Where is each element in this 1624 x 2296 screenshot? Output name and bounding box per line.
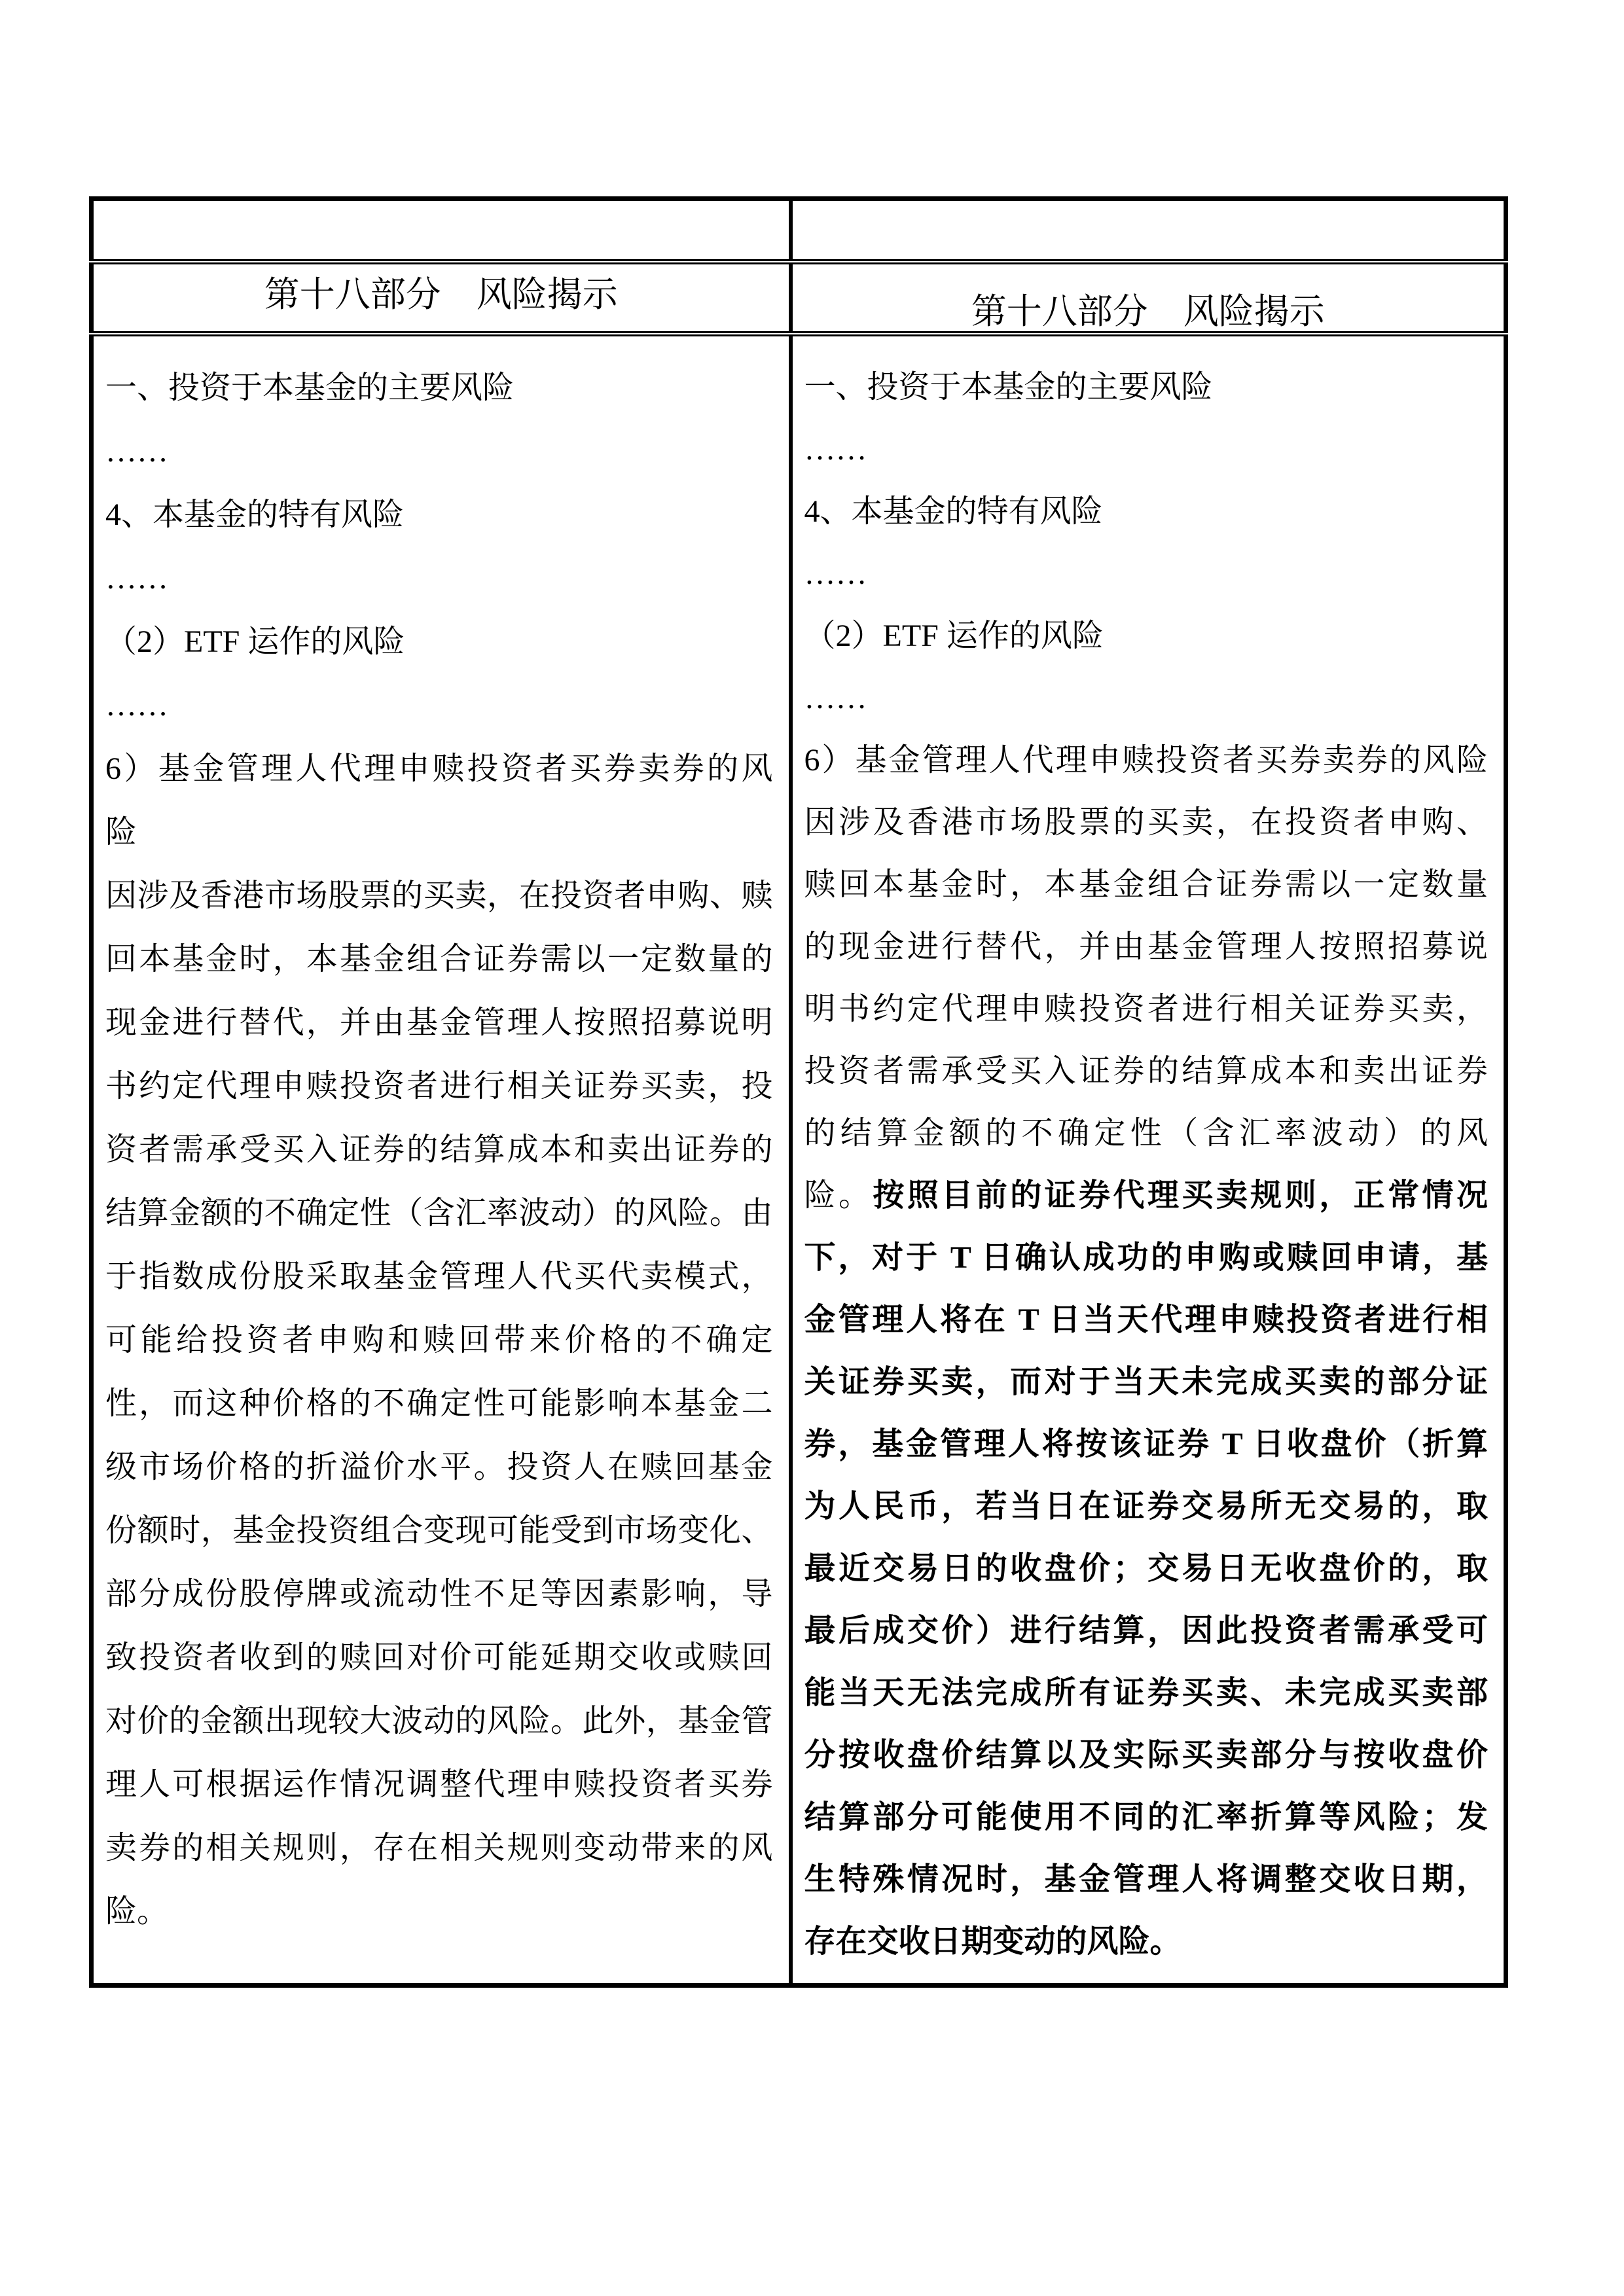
- text-line: ……: [804, 418, 1489, 480]
- text-line: 现金进行替代，并由基金管理人按照招募说明: [105, 991, 773, 1054]
- text-line: 4、本基金的特有风险: [804, 480, 1489, 543]
- text-line: 因涉及香港市场股票的买卖，在投资者申购、: [804, 791, 1489, 853]
- text-line: ……: [804, 667, 1489, 729]
- text-line: 最近交易日的收盘价；交易日无收盘价的，取: [804, 1537, 1489, 1600]
- section-title-right: 第十八部分 风险揭示: [791, 262, 1506, 334]
- comparison-table: 第十八部分 风险揭示 第十八部分 风险揭示 一、投资于本基金的主要风险……4、本…: [89, 196, 1508, 1988]
- text-line: 性，而这种价格的不确定性可能影响本基金二: [105, 1372, 773, 1435]
- left-paragraph-last-line: 险。: [105, 1880, 773, 1943]
- empty-cell-left: [92, 199, 791, 262]
- left-intro-lines: 一、投资于本基金的主要风险……4、本基金的特有风险……（2）ETF 运作的风险……: [105, 356, 773, 737]
- text-line: ……: [804, 543, 1489, 605]
- text-line: 6）基金管理人代理申赎投资者买券卖券的风险: [804, 729, 1489, 791]
- empty-row: [92, 199, 1506, 262]
- text-line: 下，对于 T 日确认成功的申购或赎回申请，基: [804, 1227, 1489, 1289]
- text-line: 结算部分可能使用不同的汇率折算等风险；发: [804, 1786, 1489, 1848]
- text-line: 一、投资于本基金的主要风险: [804, 356, 1489, 418]
- right-paragraph-last-line: 存在交收日期变动的风险。: [804, 1910, 1489, 1973]
- text-line: 为人民币，若当日在证券交易所无交易的，取: [804, 1475, 1489, 1537]
- text-line: ……: [105, 420, 773, 483]
- text-line: 金管理人将在 T 日当天代理申赎投资者进行相: [804, 1289, 1489, 1351]
- left-column-body-cell: 一、投资于本基金的主要风险……4、本基金的特有风险……（2）ETF 运作的风险……: [92, 334, 791, 1986]
- empty-cell-right: [791, 199, 1506, 262]
- section-title-row: 第十八部分 风险揭示 第十八部分 风险揭示: [92, 262, 1506, 334]
- content-row: 一、投资于本基金的主要风险……4、本基金的特有风险……（2）ETF 运作的风险……: [92, 334, 1506, 1986]
- text-line: 赎回本基金时，本基金组合证券需以一定数量: [804, 853, 1489, 916]
- text-line: ……: [105, 673, 773, 737]
- right-intro-lines: 一、投资于本基金的主要风险……4、本基金的特有风险……（2）ETF 运作的风险……: [804, 356, 1489, 729]
- right-column-body-cell: 一、投资于本基金的主要风险……4、本基金的特有风险……（2）ETF 运作的风险……: [791, 334, 1506, 1986]
- transition-bold-text: 按照目前的证券代理买卖规则，正常情况: [873, 1178, 1488, 1213]
- text-line: 理人可根据运作情况调整代理申赎投资者买券: [105, 1753, 773, 1816]
- text-line: 份额时，基金投资组合变现可能受到市场变化、: [105, 1499, 773, 1562]
- text-line: 致投资者收到的赎回对价可能延期交收或赎回: [105, 1626, 773, 1689]
- text-line: 回本基金时，本基金组合证券需以一定数量的: [105, 927, 773, 991]
- transition-regular-text: 险。: [804, 1178, 873, 1213]
- text-line: （2）ETF 运作的风险: [804, 605, 1489, 667]
- text-line: 明书约定代理申赎投资者进行相关证券买卖，: [804, 978, 1489, 1040]
- text-line: 险: [105, 800, 773, 864]
- text-line: 因涉及香港市场股票的买卖，在投资者申购、赎: [105, 864, 773, 927]
- text-line: 投资者需承受买入证券的结算成本和卖出证券: [804, 1040, 1489, 1102]
- text-line: 一、投资于本基金的主要风险: [105, 356, 773, 420]
- text-line: ……: [105, 547, 773, 610]
- text-line: 的结算金额的不确定性（含汇率波动）的风: [804, 1102, 1489, 1164]
- text-line: 级市场价格的折溢价水平。投资人在赎回基金: [105, 1435, 773, 1499]
- text-line: 关证券买卖，而对于当天未完成买卖的部分证: [804, 1351, 1489, 1413]
- scanned-document-page: 第十八部分 风险揭示 第十八部分 风险揭示 一、投资于本基金的主要风险……4、本…: [0, 0, 1624, 2296]
- text-line: 券，基金管理人将按该证券 T 日收盘价（折算: [804, 1413, 1489, 1475]
- text-line: 结算金额的不确定性（含汇率波动）的风险。由: [105, 1181, 773, 1245]
- text-line: 能当天无法完成所有证券买卖、未完成买卖部: [804, 1662, 1489, 1724]
- text-line: 部分成份股停牌或流动性不足等因素影响，导: [105, 1562, 773, 1626]
- text-line: 的现金进行替代，并由基金管理人按照招募说: [804, 916, 1489, 978]
- text-line: 卖券的相关规则，存在相关规则变动带来的风: [105, 1816, 773, 1880]
- text-line: 对价的金额出现较大波动的风险。此外，基金管: [105, 1689, 773, 1753]
- text-line: 最后成交价）进行结算，因此投资者需承受可: [804, 1600, 1489, 1662]
- text-line: 资者需承受买入证券的结算成本和卖出证券的: [105, 1118, 773, 1181]
- text-line: 书约定代理申赎投资者进行相关证券买卖，投: [105, 1054, 773, 1118]
- right-paragraph-bold-lines: 下，对于 T 日确认成功的申购或赎回申请，基金管理人将在 T 日当天代理申赎投资…: [804, 1227, 1489, 1910]
- right-transition-line: 险。按照目前的证券代理买卖规则，正常情况: [804, 1164, 1489, 1227]
- text-line: 分按收盘价结算以及实际买卖部分与按收盘价: [804, 1724, 1489, 1786]
- text-line: 生特殊情况时，基金管理人将调整交收日期，: [804, 1848, 1489, 1910]
- text-line: 可能给投资者申购和赎回带来价格的不确定: [105, 1308, 773, 1372]
- text-line: 4、本基金的特有风险: [105, 483, 773, 547]
- text-line: （2）ETF 运作的风险: [105, 610, 773, 673]
- text-line: 6）基金管理人代理申赎投资者买券卖券的风: [105, 737, 773, 800]
- section-title-left: 第十八部分 风险揭示: [92, 262, 791, 334]
- text-line: 于指数成份股采取基金管理人代买代卖模式，: [105, 1245, 773, 1308]
- left-paragraph-lines: 6）基金管理人代理申赎投资者买券卖券的风险因涉及香港市场股票的买卖，在投资者申购…: [105, 737, 773, 1880]
- right-paragraph-regular-lines: 6）基金管理人代理申赎投资者买券卖券的风险因涉及香港市场股票的买卖，在投资者申购…: [804, 729, 1489, 1164]
